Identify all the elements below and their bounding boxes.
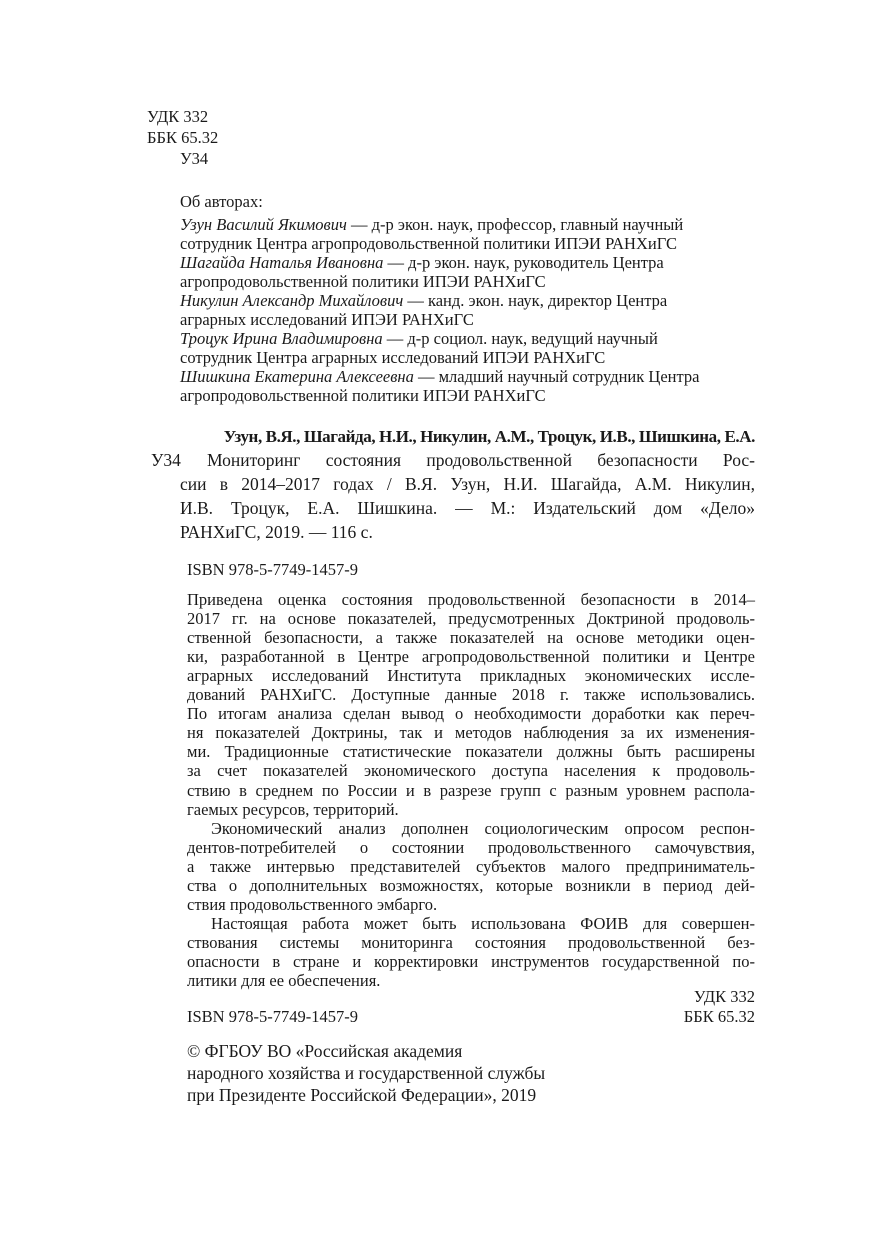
abstract-line: ствию в среднем по России и в разрезе гр… (187, 781, 755, 800)
isbn: ISBN 978-5-7749-1457-9 (187, 561, 358, 580)
abstract-line: ня показателей Доктрины, так и методов н… (187, 723, 755, 742)
udk-code: УДК 332 (147, 108, 208, 127)
author-credentials: — младший научный сотрудник Центра (414, 367, 700, 386)
footer-udk: УДК 332 (600, 988, 755, 1007)
author-entry: Узун Василий Якимович — д-р экон. наук, … (180, 216, 683, 235)
abstract-line: а также интервью представителей субъекто… (187, 857, 755, 876)
author-name: Узун Василий Якимович (180, 215, 347, 234)
abstract-line: ствия продовольственного эмбарго. (187, 895, 437, 914)
author-affiliation: агропродовольственной политики ИПЭИ РАНХ… (180, 273, 546, 292)
author-entry: Троцук Ирина Владимировна — д-р социол. … (180, 330, 658, 349)
abstract-line: По итогам анализа сделан вывод о необход… (187, 704, 755, 723)
author-name: Шишкина Екатерина Алексеевна (180, 367, 414, 386)
abstract-line: 2017 гг. на основе показателей, предусмо… (187, 609, 755, 628)
author-name: Троцук Ирина Владимировна (180, 329, 383, 348)
author-affiliation: аграрных исследований ИПЭИ РАНХиГС (180, 311, 474, 330)
author-name: Никулин Александр Михайлович (180, 291, 403, 310)
bibliographic-line: РАНХиГС, 2019. — 116 с. (180, 522, 373, 542)
abstract-line: ми. Традиционные статистические показате… (187, 742, 755, 761)
author-mark: У34 (180, 150, 208, 169)
abstract-line: ствования системы мониторинга состояния … (187, 933, 755, 952)
author-affiliation: сотрудник Центра агропродовольственной п… (180, 235, 677, 254)
abstract-line: аграрных исследований Института прикладн… (187, 666, 755, 685)
bibliographic-line: Мониторинг состояния продовольственной б… (207, 450, 755, 470)
abstract-line: Приведена оценка состояния продовольстве… (187, 590, 755, 609)
copyright-line: © ФГБОУ ВО «Российская академия (187, 1041, 462, 1061)
author-entry: Шишкина Екатерина Алексеевна — младший н… (180, 368, 699, 387)
abstract-line: дентов-потребителей о состоянии продовол… (187, 838, 755, 857)
author-affiliation: сотрудник Центра аграрных исследований И… (180, 349, 605, 368)
author-name: Шагайда Наталья Ивановна (180, 253, 383, 272)
bibliographic-authors: Узун, В.Я., Шагайда, Н.И., Никулин, А.М.… (180, 427, 755, 447)
bbk-code: ББК 65.32 (147, 129, 218, 148)
copyright-line: при Президенте Российской Федерации», 20… (187, 1085, 536, 1105)
abstract-line: дований РАНХиГС. Доступные данные 2018 г… (187, 685, 755, 704)
about-authors-heading: Об авторах: (180, 193, 263, 212)
author-credentials: — канд. экон. наук, директор Центра (403, 291, 667, 310)
abstract-line: литики для ее обеспечения. (187, 971, 380, 990)
footer-isbn: ISBN 978-5-7749-1457-9 (187, 1008, 358, 1027)
bibliographic-mark: У34 (151, 450, 181, 470)
author-affiliation: агропродовольственной политики ИПЭИ РАНХ… (180, 387, 546, 406)
abstract-line: ства о дополнительных возможностях, кото… (187, 876, 755, 895)
abstract-line: Настоящая работа может быть использована… (211, 914, 755, 933)
abstract-line: ки, разработанной в Центре агропродоволь… (187, 647, 755, 666)
footer-bbk: ББК 65.32 (600, 1008, 755, 1027)
abstract-line: за счет показателей экономического досту… (187, 761, 755, 780)
bibliographic-line: сии в 2014–2017 годах / В.Я. Узун, Н.И. … (180, 474, 755, 494)
abstract-line: гаемых ресурсов, территорий. (187, 800, 399, 819)
author-entry: Шагайда Наталья Ивановна — д-р экон. нау… (180, 254, 664, 273)
abstract-line: опасности в стране и корректировки инстр… (187, 952, 755, 971)
author-credentials: — д-р экон. наук, руководитель Центра (383, 253, 663, 272)
abstract-line: ственной безопасности, а также показател… (187, 628, 755, 647)
author-credentials: — д-р экон. наук, профессор, главный нау… (347, 215, 683, 234)
copyright-line: народного хозяйства и государственной сл… (187, 1063, 545, 1083)
author-credentials: — д-р социол. наук, ведущий научный (383, 329, 658, 348)
bibliographic-line: И.В. Троцук, Е.А. Шишкина. — М.: Издател… (180, 498, 755, 518)
author-entry: Никулин Александр Михайлович — канд. эко… (180, 292, 667, 311)
abstract-line: Экономический анализ дополнен социологич… (211, 819, 755, 838)
